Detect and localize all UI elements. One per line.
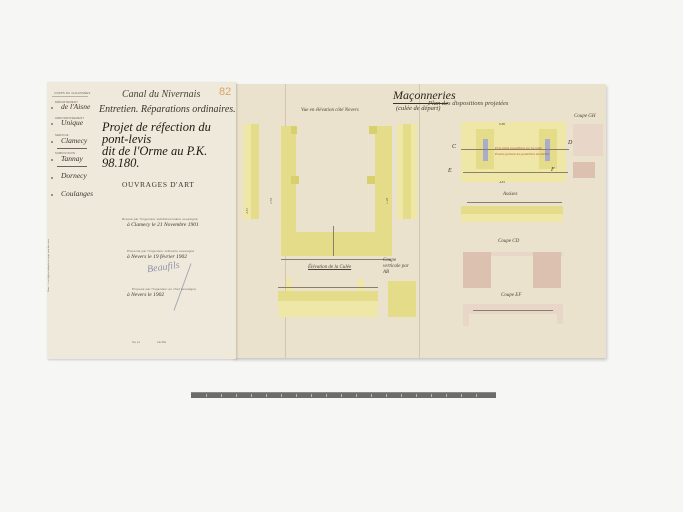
canal-name: Canal du Nivernais xyxy=(122,89,200,100)
fold-line xyxy=(419,84,420,358)
side-field-value: de l'Aisne xyxy=(61,102,90,111)
plan-note-red: Poutre portant les poutrelles du tablier xyxy=(495,152,550,156)
side-field-value: Coulanges xyxy=(61,189,93,198)
side-field-value: Tannay xyxy=(61,154,83,163)
side-field-value: Clamecy xyxy=(61,136,87,145)
divider xyxy=(57,166,87,167)
divider xyxy=(52,96,88,97)
bullet xyxy=(51,194,53,196)
view-label-plan: Plan des dispositions projetées xyxy=(428,100,508,107)
drawing-plate: Maçonneries (culée de départ) Vue en élé… xyxy=(233,84,606,358)
pencil-folio-number: 82 xyxy=(219,86,231,98)
vertical-annotation: 4.81 xyxy=(245,144,249,214)
view-label-elevation: Vue en élévation côté Nevers xyxy=(301,108,359,113)
side-field-value: Unique xyxy=(61,118,83,127)
dresse-par-text: Dressé par l'Ingénieur subdivisionnaire … xyxy=(122,217,198,221)
signature: Beaufils xyxy=(146,260,180,275)
section-letter: E xyxy=(448,168,452,174)
section-letter: D xyxy=(568,140,572,146)
bullet xyxy=(51,123,53,125)
dimension: 0.80 xyxy=(499,122,505,126)
cover-page: 82 Canal du Nivernais Entretien. Réparat… xyxy=(47,82,236,359)
bullet xyxy=(51,141,53,143)
presente-par-text: Présenté par l'Ingénieur ordinaire souss… xyxy=(127,249,194,253)
margin-note: Nota — Les chiffres indiqués en rouge so… xyxy=(47,222,50,292)
bullet xyxy=(51,107,53,109)
propose-par-text: Proposé par l'Ingénieur en chef soussign… xyxy=(132,287,196,291)
vertical-annotation: 1.48 xyxy=(385,144,389,204)
view-label-coupe-cd: Coupe CD xyxy=(498,239,519,244)
dimension: 4.81 xyxy=(499,180,505,184)
view-label-coupe-ef: Coupe EF xyxy=(501,293,521,298)
propose-place-date: à Nevers le 1902 xyxy=(127,292,164,298)
plan-note-red: Fers plats travaillant sur la culée xyxy=(495,146,542,150)
divider xyxy=(57,148,87,149)
view-label-assises: Assises xyxy=(503,192,517,197)
side-header: CORPS DU CHAUSSÉES xyxy=(54,91,90,95)
side-field-value: Dornecy xyxy=(61,171,87,180)
bullet xyxy=(51,159,53,161)
bullet xyxy=(51,177,53,179)
entretien-heading: Entretien. Réparations ordinaires. xyxy=(99,104,236,115)
footer-left: Vu et xyxy=(132,340,140,344)
view-label-culee: Élévation de la Culée xyxy=(308,265,351,270)
view-label-coupe-ab: Coupe verticale par AB xyxy=(383,258,413,276)
vertical-annotation: 2.50 xyxy=(269,144,273,204)
project-title-line2: dit de l'Orme au P.K. 98.180. xyxy=(102,145,237,169)
section-letter: C xyxy=(452,144,456,150)
footer-right: vérifié xyxy=(157,340,166,344)
section-letter: F xyxy=(551,167,555,173)
dresse-place-date: à Clamecy le 21 Novembre 1901 xyxy=(127,222,199,228)
project-title: Projet de réfection du pont-levis dit de… xyxy=(102,121,237,169)
ouvrages-heading: OUVRAGES D'ART xyxy=(122,180,194,189)
project-title-line1: Projet de réfection du pont-levis xyxy=(102,121,237,145)
measurement-ruler xyxy=(191,392,496,398)
view-label-coupe-gh: Coupe GH xyxy=(574,114,596,119)
